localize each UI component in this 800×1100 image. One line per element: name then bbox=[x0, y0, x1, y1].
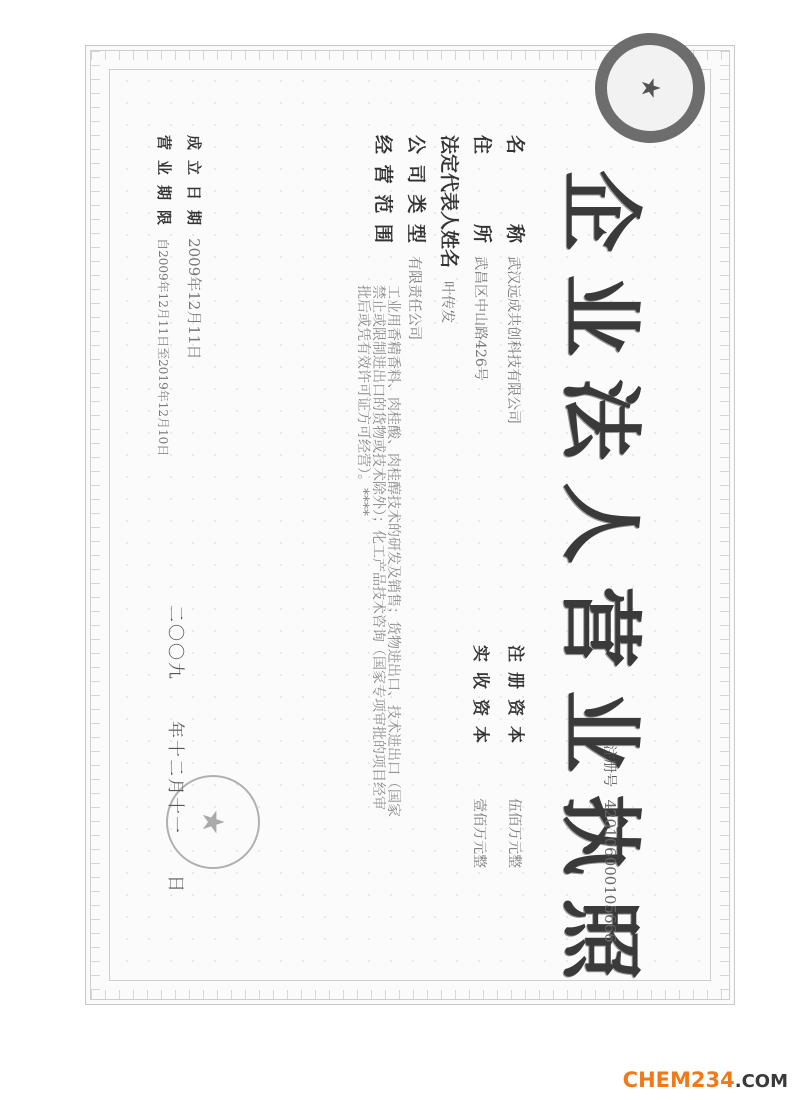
field-scope-label: 经营范围 bbox=[371, 135, 398, 243]
issue-date: 二〇〇九年十二月十一日 bbox=[165, 605, 190, 894]
field-company-type-value: 有限责任公司 bbox=[406, 256, 422, 340]
field-name-value: 武汉远成共创科技有限公司 bbox=[505, 256, 521, 424]
field-term-value: 自2009年12月11日至2019年12月10日 bbox=[156, 238, 170, 456]
registration-label: 注册号 bbox=[601, 745, 617, 787]
field-paid-capital-label: 实收资本 bbox=[470, 645, 495, 743]
field-registered-capital-label: 注册资本 bbox=[505, 645, 530, 743]
field-legal-rep-value: 叶传发 bbox=[439, 281, 455, 323]
registration-value: 420106000105666 bbox=[601, 799, 619, 942]
field-name: 名称 武汉远成共创科技有限公司 bbox=[503, 135, 530, 424]
seal-star-icon: ★ bbox=[196, 809, 231, 836]
field-established-label: 成立日期 bbox=[184, 135, 205, 225]
field-registered-capital: 注册资本 伍佰万元整 bbox=[505, 645, 530, 868]
field-legal-rep-label: 法定代表人姓名 bbox=[437, 135, 464, 268]
national-emblem-icon: ★ bbox=[595, 33, 705, 143]
field-company-type-label: 公司类型 bbox=[404, 135, 431, 243]
field-term-label: 营业期限 bbox=[154, 135, 175, 225]
chem234-watermark: CHEM234.COM bbox=[623, 1068, 788, 1092]
field-scope-value: 工业用香精香料、肉桂酸、肉桂醇技术的研发及销售；货物进出口、技术进出口（国家 禁… bbox=[355, 285, 400, 725]
field-established: 成立日期 2009年12月11日 bbox=[184, 135, 205, 359]
field-paid-capital: 实收资本 壹佰万元整 bbox=[470, 645, 495, 868]
field-address: 住所 武昌区中山路426号 bbox=[470, 135, 497, 381]
field-scope: 经营范围 bbox=[371, 135, 398, 243]
field-address-value: 武昌区中山路426号 bbox=[472, 256, 488, 381]
registration-number: 注册号 420106000105666 bbox=[600, 745, 620, 943]
field-paid-capital-value: 壹佰万元整 bbox=[471, 798, 487, 868]
business-license: ★ 企业法人营业执照 注册号 420106000105666 名称 武汉远成共创… bbox=[85, 45, 735, 1005]
field-name-label: 名称 bbox=[503, 135, 530, 243]
field-established-value: 2009年12月11日 bbox=[185, 238, 203, 359]
field-company-type: 公司类型 有限责任公司 bbox=[404, 135, 431, 340]
field-term: 营业期限 自2009年12月11日至2019年12月10日 bbox=[154, 135, 175, 456]
field-registered-capital-value: 伍佰万元整 bbox=[506, 798, 522, 868]
field-address-label: 住所 bbox=[470, 135, 497, 243]
field-legal-rep: 法定代表人姓名 叶传发 bbox=[437, 135, 464, 323]
